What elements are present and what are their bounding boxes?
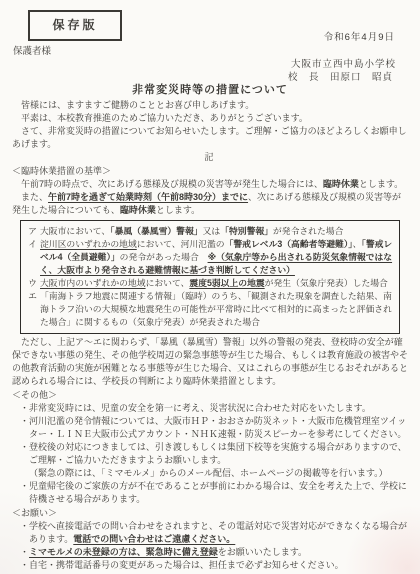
others-heading: ＜その他＞ [12, 389, 408, 402]
other-item-absent-family: ・児童帰宅後のご家族の方が不在であることが事前にわかる場合は、安全を考えた上で、… [20, 480, 408, 506]
criteria-box-item-text: 大阪市において、「暴風（暴風雪）警報」又は「特別警報」が発令された場合 [40, 225, 393, 238]
criteria-box-item-a: ア 大阪市において、「暴風（暴風雪）警報」又は「特別警報」が発令された場合 [25, 225, 393, 238]
criteria-box-item-e: エ 「南海トラフ地震に関連する情報」（臨時）のうち、「観測された現象を調査した結… [25, 290, 393, 329]
document-page: 保存版 令和6年4月9日 保護者様 大阪市立西中島小学校 校 長 田原口 昭貞 … [0, 0, 420, 574]
criteria-paragraph-2: また、午前7時を過ぎて始業時刻（午前8時30分）までに、次にあげる態様及び規模の… [12, 191, 408, 217]
request-item-phone-change: ・自宅・携帯電話番号の変更があった場合は、担任まで必ずお知らせください。 [20, 559, 408, 572]
request-item-mimamorume: ・ミマモルメの未登録の方は、緊急時に備え登録をお願いいたします。 [20, 546, 408, 559]
criteria-box-item-label: イ [25, 238, 40, 277]
other-item-after-arrival: ・登校後の対応につきましては、引き渡しもしくは集団下校等を実施する場合があります… [20, 441, 408, 467]
other-item-emergency-note: （緊急の際には、「ミマモルメ」からのメール配信、ホームページの掲載等を行います。… [29, 467, 408, 480]
proviso-paragraph: ただし、上記ア～エに関わらず、「暴風（暴風雪）警報」以外の警報の発表、登校時の安… [12, 336, 408, 388]
recipient-label: 保護者様 [13, 45, 51, 58]
other-item-flood-info: ・河川氾濫の発令情報については、大阪市ＨＰ・おおさか防災ネット・大阪市危機管理室… [20, 415, 408, 441]
record-mark: 記 [12, 151, 408, 164]
greeting-line-3: さて、非常変災時の措置についてお知らせいたします。ご理解・ご協力のほどよろしくお… [12, 125, 408, 151]
criteria-box-item-label: エ [25, 290, 40, 329]
criteria-heading: ＜臨時休業措置の基準＞ [12, 165, 408, 178]
principal-name: 校 長 田原口 昭貞 [288, 71, 393, 84]
criteria-box-item-u: ウ 大阪市内のいずれかの地域において、震度5弱以上の地震が発生（気象庁発表）した… [25, 277, 393, 290]
document-title: 非常変災時等の措置について [0, 84, 420, 97]
greeting-line-2: 平素は、本校教育推進のためご協力いただき、ありがとうございます。 [12, 112, 408, 125]
criteria-box: ア 大阪市において、「暴風（暴風雪）警報」又は「特別警報」が発令された場合 イ … [20, 220, 400, 334]
criteria-box-item-text: 大阪市内のいずれかの地域において、震度5弱以上の地震が発生（気象庁発表）した場合 [40, 277, 393, 290]
document-date: 令和6年4月9日 [324, 31, 395, 44]
requests-heading: ＜お願い＞ [12, 507, 408, 520]
document-body: 皆様には、ますますご健勝のこととお喜び申しあげます。 平素は、本校教育推進のため… [12, 99, 408, 572]
greeting-line-1: 皆様には、ますますご健勝のこととお喜び申しあげます。 [12, 99, 408, 112]
criteria-box-item-text: 「南海トラフ地震に関連する情報」（臨時）のうち、「観測された現象を調査した結果、… [40, 290, 393, 329]
save-version-label: 保存版 [52, 19, 97, 32]
school-name: 大阪市立西中島小学校 [291, 58, 396, 71]
criteria-paragraph-1: 午前7時の時点で、次にあげる態様及び規模の災害等が発生した場合には、臨時休業とし… [12, 178, 408, 191]
document-header: 保存版 令和6年4月9日 保護者様 大阪市立西中島小学校 校 長 田原口 昭貞 … [0, 0, 420, 99]
save-version-badge: 保存版 [28, 10, 122, 41]
criteria-box-item-label: ウ [25, 277, 40, 290]
request-item-no-phone: ・学校へ直接電話での問い合わせをされますと、その電話対応で災害対応ができなくなる… [20, 520, 408, 546]
criteria-box-item-i: イ 淀川区のいずれかの地域において、河川氾濫の「警戒レベル3（高齢者等避難）」、… [25, 238, 393, 277]
criteria-box-item-text: 淀川区のいずれかの地域において、河川氾濫の「警戒レベル3（高齢者等避難）」、「警… [40, 238, 393, 277]
criteria-box-item-label: ア [25, 225, 40, 238]
other-item-safety: ・非常変災時には、児童の安全を第一に考え、災害状況に合わせた対応をいたします。 [20, 402, 408, 415]
